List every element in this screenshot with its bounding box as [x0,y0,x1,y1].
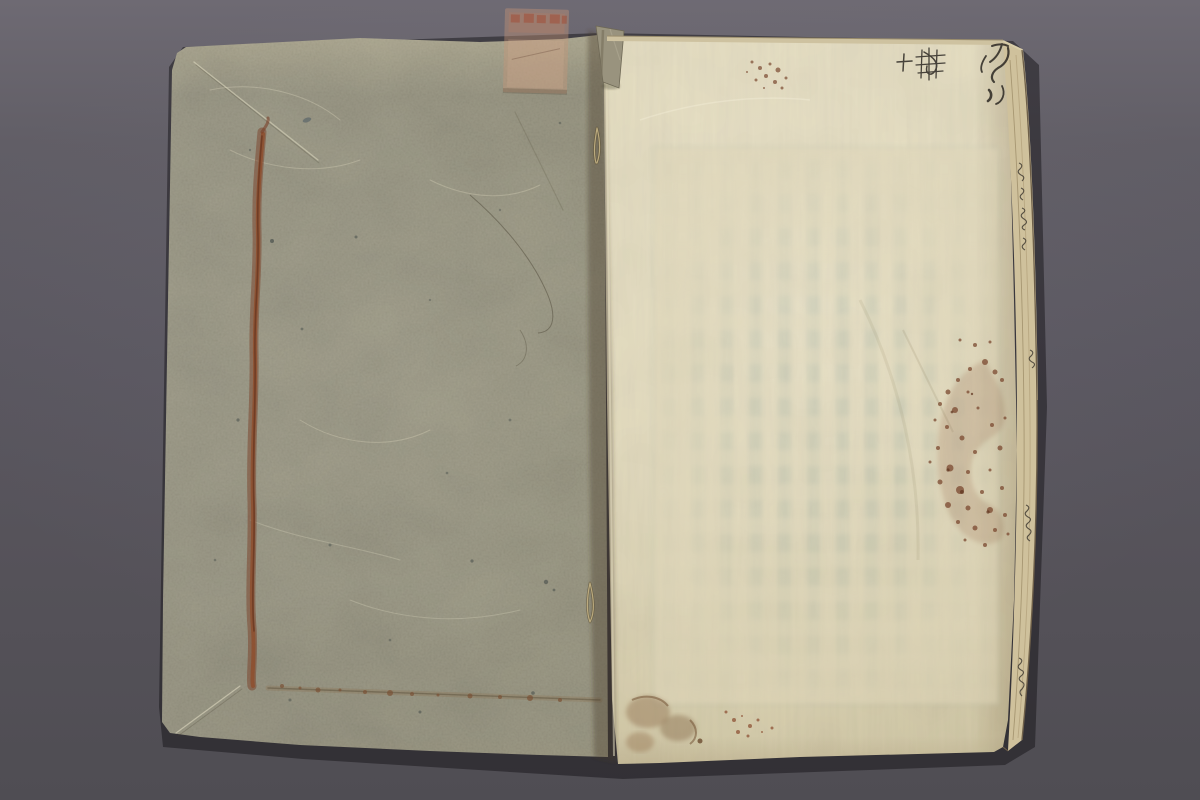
binding-thread-bottom [587,583,593,622]
page-head-edge [607,36,1003,45]
foxing-stain-large [929,339,1010,548]
brush-inscription [897,44,1009,104]
page-creases [640,98,953,560]
tape-remnant [503,8,569,95]
photo-backdrop [0,0,1200,800]
cover-specks [214,116,562,713]
photo-detail-overlay [0,0,1200,800]
gutter-tail-blotches [626,696,774,752]
fore-edge-stack [1003,41,1037,751]
cover-creases [176,62,600,736]
cover-hairline-scratch [470,195,553,366]
cover-red-streak [251,118,268,686]
foxing-speckles-top [746,61,788,90]
book-gutter [588,30,616,762]
